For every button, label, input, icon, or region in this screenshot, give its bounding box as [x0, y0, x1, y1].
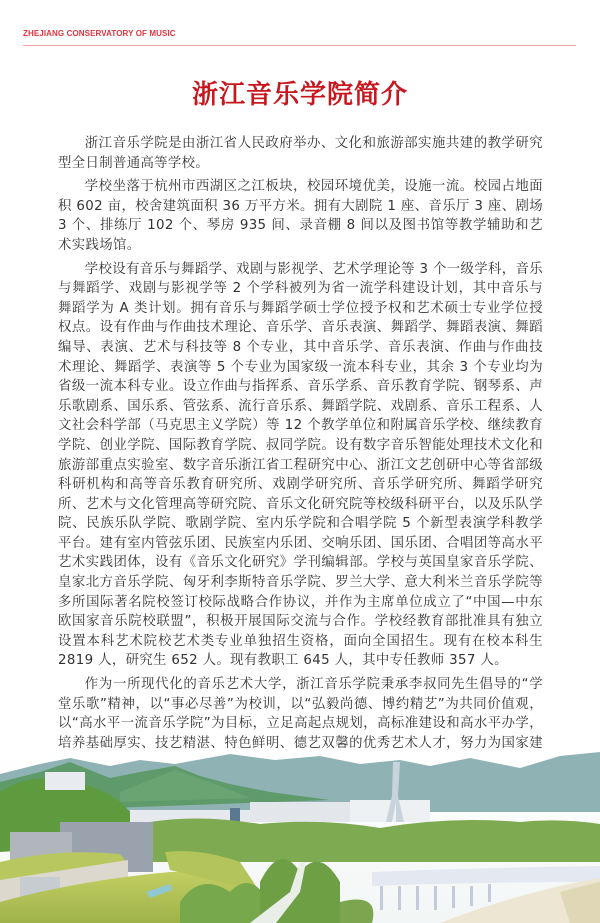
paragraph-disciplines: 学校设有音乐与舞蹈学、戏剧与影视学、艺术学理论等 3 个一级学科，音乐与舞蹈学、…: [58, 260, 543, 671]
campus-photo: [0, 752, 600, 923]
header-brand: ZHEJIANG CONSERVATORY OF MUSIC: [23, 29, 176, 38]
paragraph-campus: 学校坐落于杭州市西湖区之江板块，校园环境优美，设施一流。校园占地面积 602 亩…: [58, 177, 543, 255]
paragraph-intro: 浙江音乐学院是由浙江省人民政府举办、文化和旅游部实施共建的教学研究型全日制普通高…: [58, 134, 543, 173]
article-body: 浙江音乐学院是由浙江省人民政府举办、文化和旅游部实施共建的教学研究型全日制普通高…: [58, 134, 543, 777]
page-title: 浙江音乐学院简介: [0, 74, 600, 111]
header-divider: [23, 45, 576, 46]
